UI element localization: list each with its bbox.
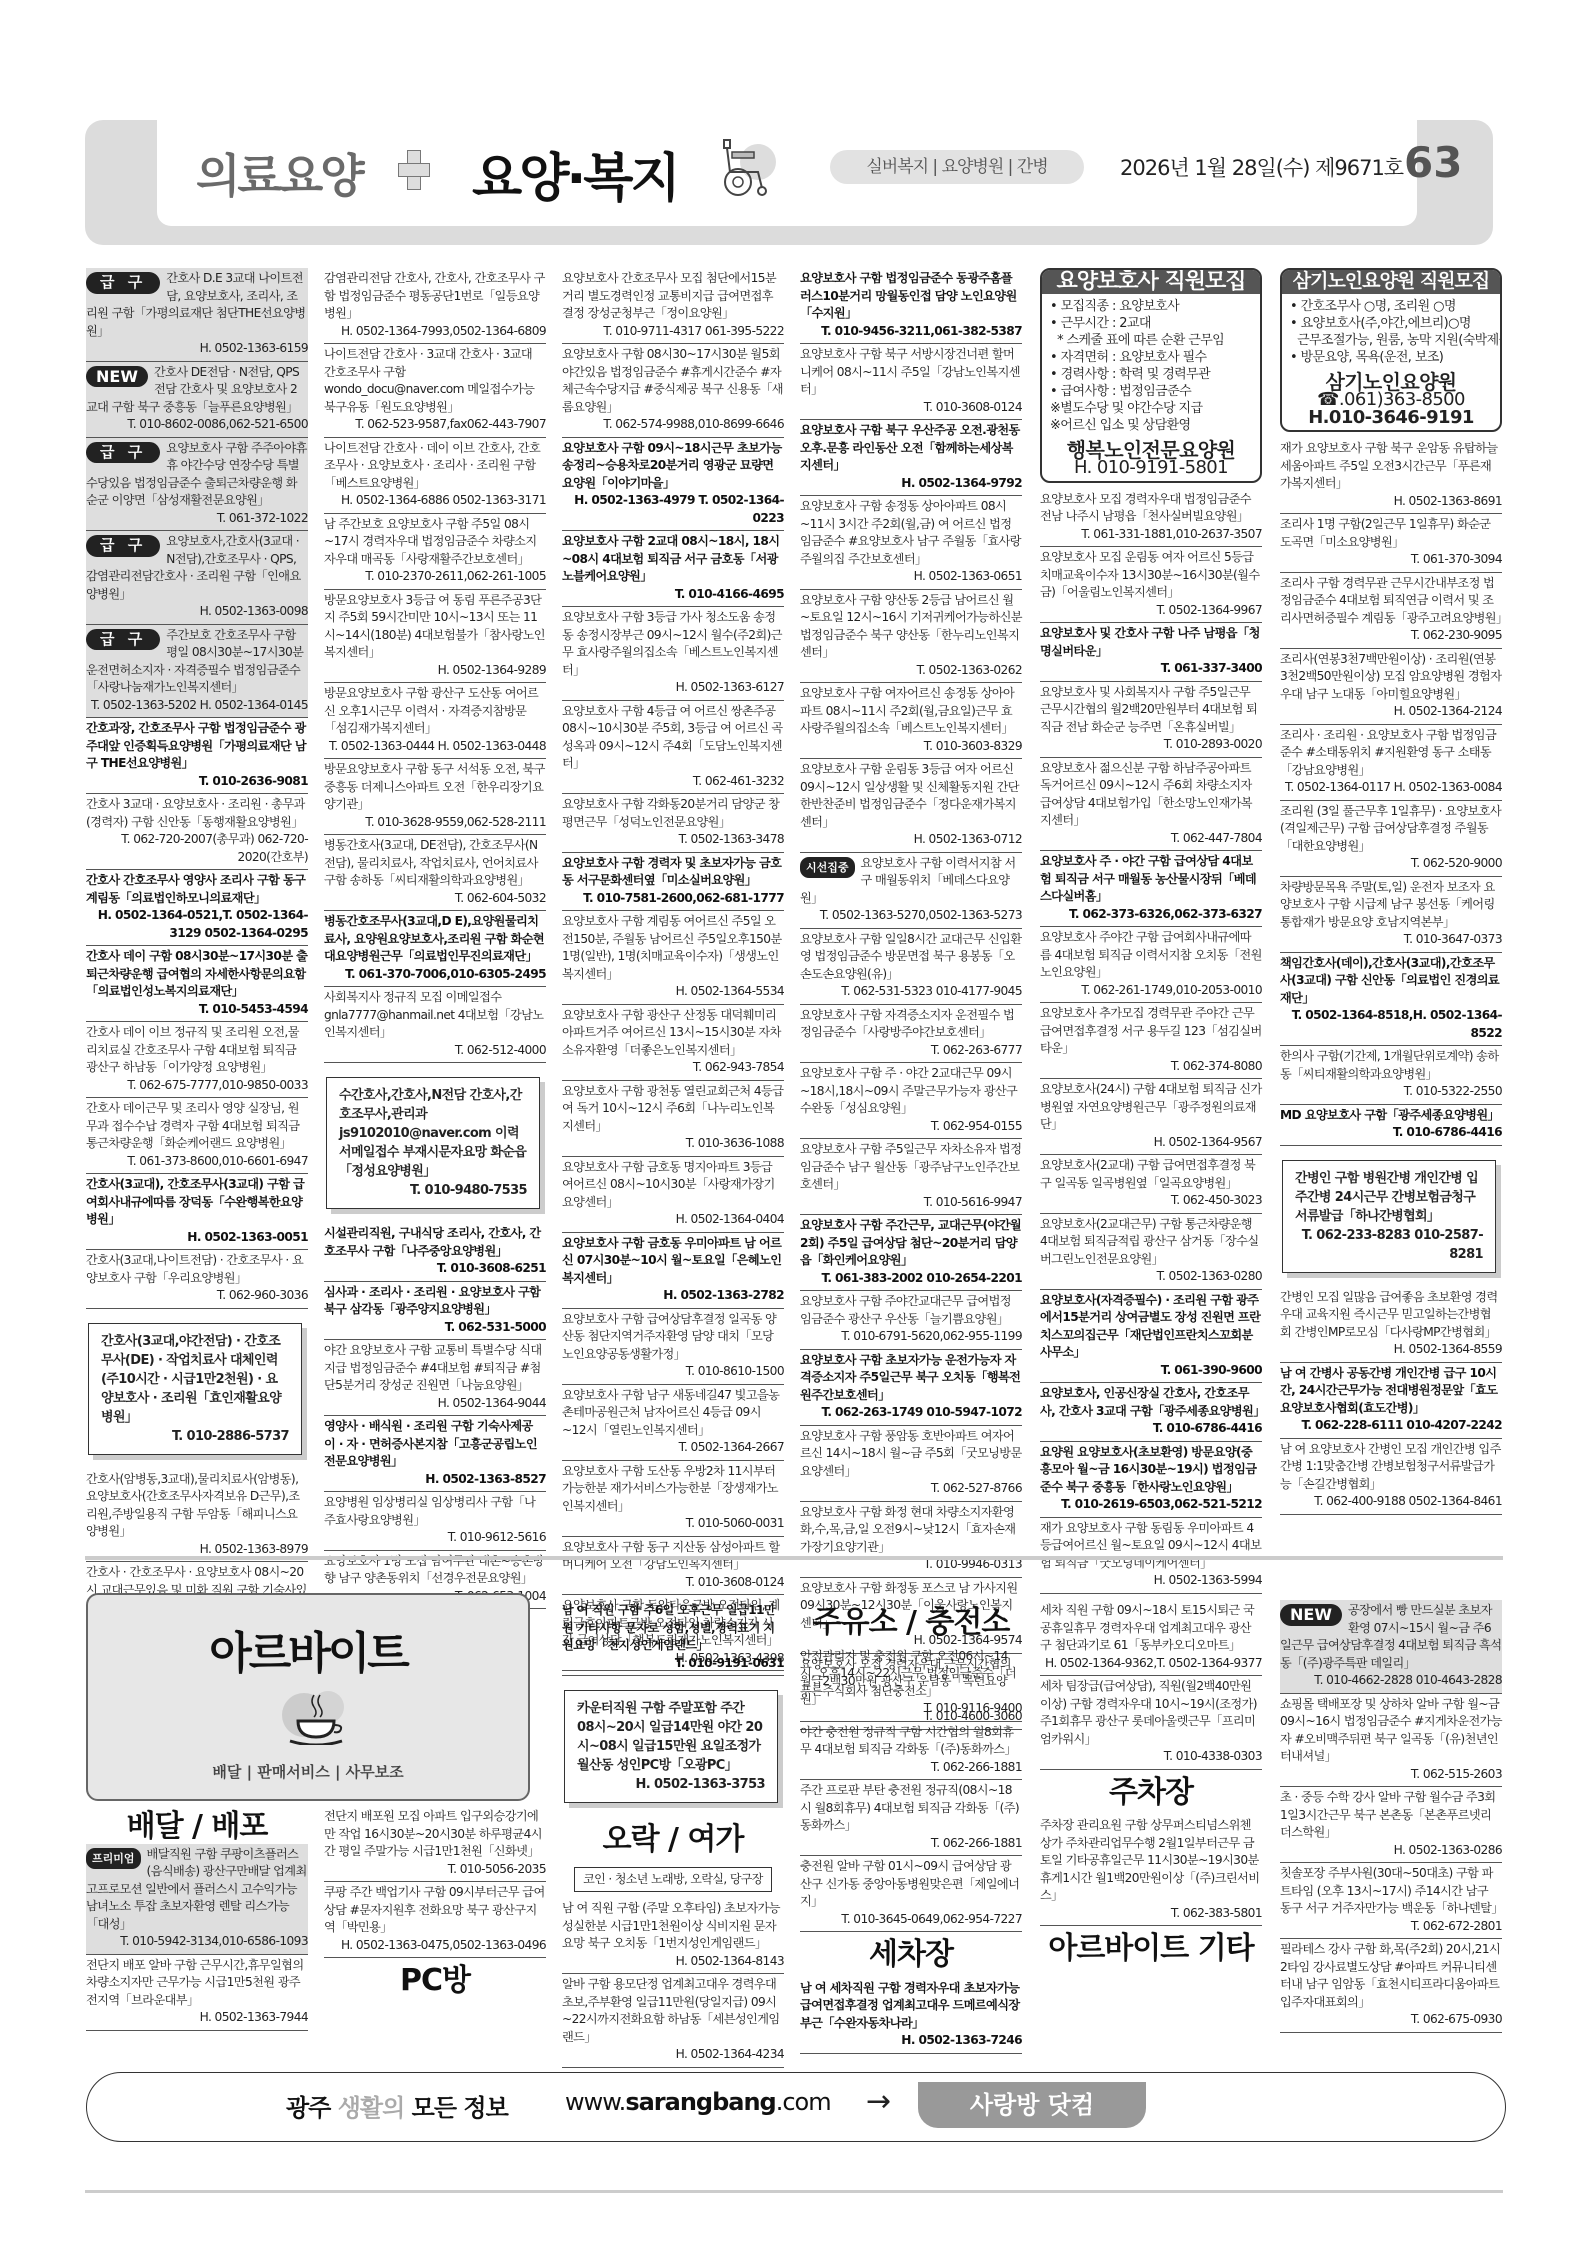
ad-phone: H. 0502-1364-8559 [1280, 1341, 1502, 1359]
ad-text: 간호사 데이 구함 08시30분~17시30분 출퇴근차량운행 급여협의 자세한… [86, 949, 307, 998]
ad-phone: H. 0502-1364-5534 [562, 983, 784, 1001]
classified-ad: 조리사 구함 경력무관 근무시간내부조정 법정임금준수 4대보험 퇴직연금 이력… [1280, 573, 1502, 649]
ad-text: MD 요양보호사 구함「광주세종요양병원」 [1280, 1108, 1499, 1122]
ad-text: 남 여 요양보호사 간병인 모집 개인간병 입주간병 1:1맞춤간병 간병보험청… [1280, 1442, 1501, 1491]
ad-phone: T. 062-450-3023 [1040, 1192, 1262, 1210]
ad-phone: H. 0502-1363-0051 [86, 1229, 308, 1247]
ad-phone: T. 062-374-8080 [1040, 1058, 1262, 1076]
classified-ad: 프리미엄배달직원 구함 쿠팡이츠플러스(음식배송) 광산구만배달 업계최고프로모… [86, 1844, 308, 1955]
ad-phone: T. 0502-1364-9967 [1040, 602, 1262, 620]
classified-ad: 요양보호사 구함 자격증소지자 운전필수 법정임금준수「사랑방주야간보호센터」T… [800, 1005, 1022, 1064]
classified-ad: 심사과 · 조리사 · 조리원 · 요양보호사 구함 북구 삼각동「광주양지요양… [324, 1282, 546, 1341]
classified-ad: 요양보호사 구함 화정 현대 차량소지자환영 화,수,목,금,일 오전9시~낮1… [800, 1502, 1022, 1578]
classified-ad: 차량방문목욕 주말(토,일) 운전자 보조자 요양보호사 구함 시급제 남구 봉… [1280, 877, 1502, 953]
ad-phone: H. 0502-1363-7246 [800, 2032, 1022, 2050]
ad-phone: T. 0502-1363-5270,0502-1363-5273 [800, 907, 1022, 925]
ad-phone: T. 062-400-9188 0502-1364-8461 [1280, 1493, 1502, 1511]
ad-phone: T. 010-5616-9947 [800, 1194, 1022, 1212]
ad-phone: T. 010-3608-6251 [324, 1260, 546, 1278]
ad-text: 차량방문목욕 주말(토,일) 운전자 보조자 요양보호사 구함 시급제 남구 봉… [1280, 880, 1495, 929]
classified-ad: 방문요양보호사 구함 광산구 도산동 여어르신 오후1시근무 이력서 · 자격증… [324, 683, 546, 759]
issue-date: 2026년 1월 28일(수) 제9671호 [1120, 152, 1403, 182]
ad-phone: H. 0502-1363-7944 [86, 2009, 308, 2027]
classified-ad: 요양보호사 주야간 구함 급여회사내규에따름 4대보험 퇴직금 이력서지참 오치… [1040, 927, 1262, 1003]
ad-phone: T. 062-527-8766 [800, 1480, 1022, 1498]
ad-phone: H. 0502-1363-0098 [86, 603, 308, 621]
ad-phone: T. 062-447-7804 [1040, 830, 1262, 848]
box-line: • 요양보호사(주,야간,에브리)○명 [1290, 315, 1492, 332]
section-gas-title: 주유소 / 충전소 [800, 1600, 1022, 1646]
ad-text: 간호사 데이 이브 정규직 및 조리원 오전,물리치료실 간호조무사 구함 4대… [86, 1025, 299, 1074]
ad-phone: H. 0502-1363-6127 [562, 679, 784, 697]
box-line: ※어르신 입소 및 상담환영 [1050, 417, 1252, 434]
medical-cross-icon [398, 150, 428, 188]
ad-phone: T. 010-2370-2611,062-261-1005 [324, 568, 546, 586]
ad-text: 세차 직원 구함 09시~18시 토15시퇴근 국공휴일휴무 경력자우대 업계최… [1040, 1603, 1254, 1652]
ad-badge: 급 구 [86, 535, 160, 557]
ad-text: 요양병원 임상병리실 임상병리사 구함「나주효사랑요양병원」 [324, 1495, 535, 1527]
ad-text: 간호사(3교대,야간전담) · 간호조무사(DE) · 작업치료사 대체인력(주… [101, 1334, 281, 1425]
ad-text: 전단지 배포원 모집 아파트 입구외승강기에만 작업 16시30분~20시30분… [324, 1809, 542, 1858]
classified-ad: 사회복지사 정규직 모집 이메일접수 gnla7777@hanmail.net … [324, 987, 546, 1063]
classified-ad: 책임간호사(데이),간호사(3교대),간호조무사(3교대) 구함 신안동「의료법… [1280, 953, 1502, 1047]
ad-text: 요양보호사 구함 3등급 가사 청소도움 송정동 송정시장부근 09시~12시 … [562, 610, 782, 677]
footer-url-link[interactable]: www.sarangbang.com [565, 2088, 831, 2116]
ad-text: 요양보호사 주 · 야간 구함 급여상담 4대보험 퇴직금 서구 매월동 농산물… [1040, 854, 1256, 903]
ad-phone: T. 062-672-2801 [1280, 1918, 1502, 1936]
ad-phone: H. 0502-1364-0521,T. 0502-1364-3129 0502… [86, 907, 308, 942]
ad-text: 요양보호사 구함 풍암동 호반아파트 여자어르신 14시~18시 월~금 주5회… [800, 1429, 1022, 1478]
classified-ad: 요양보호사 모집 경력자우대 법정임금준수 전남 나주시 남평읍「천사실버빌요양… [1040, 489, 1262, 548]
ad-text: 충전원 알바 구함 01시~09시 급여상담 광산구 신가동 중앙아동병원맞은편… [800, 1859, 1019, 1908]
classified-ad: 간병인 구함 병원간병 개인간병 입주간병 24시근무 간병보험금청구서류발급「… [1282, 1160, 1496, 1273]
classified-ad: 간호과장, 간호조무사 구함 법정임금준수 광주대앞 인증획득요양병원「가평의료… [86, 718, 308, 794]
ad-phone: H. 0502-1363-0475,0502-1363-0496 [324, 1937, 546, 1955]
classified-ad: 요양보호사 및 간호사 구함 나주 남평읍「청명실버타운」T. 061-337-… [1040, 623, 1262, 682]
classified-ad: 조리원 (3일 풀근무후 1일휴무) · 요양보호사(격일제근무) 구함 급여상… [1280, 801, 1502, 877]
ad-phone: T. 062-720-2007(총무과) 062-720-2020(간호부) [86, 831, 308, 866]
ad-phone: H. 0502-1363-8691 [1280, 493, 1502, 511]
ad-phone: T. 010-2636-9081 [86, 773, 308, 791]
classified-ad: 야간 충전원 정규직 구함 시간협의 월8회휴무 4대보험 퇴직금 각화동「(주… [800, 1722, 1022, 1781]
ad-phone: T. 062-461-3232 [562, 773, 784, 791]
ad-badge: 급 구 [86, 629, 160, 651]
ad-phone: H. 0502-1363-4979 T. 0502-1364-0223 [562, 492, 784, 527]
classified-ad: 주차장 관리요원 구함 상무퍼스티넘스위첸상가 주차관리업무수행 2월1일부터근… [1040, 1815, 1262, 1926]
ad-phone: T. 010-4662-2828 010-4643-2828 [1280, 1672, 1502, 1690]
box-line: • 방문요양, 목욕(운전, 보조) [1290, 349, 1492, 366]
ad-phone: T. 062-675-7777,010-9850-0033 [86, 1077, 308, 1095]
ad-badge: NEW [86, 366, 148, 388]
ad-phone: H. 0502-1364-4234 [562, 2046, 784, 2064]
section-delivery-title: 배달 / 배포 [86, 1806, 308, 1844]
ad-phone: T. 061-370-3094 [1280, 551, 1502, 569]
section-etc-title: 아르바이트 기타 [1040, 1926, 1262, 1972]
ad-phone: T. 062-574-9988,010-8699-6646 [562, 416, 784, 434]
ad-badge: 급 구 [86, 272, 160, 294]
box-phone: ☎.061)363-8500 [1282, 391, 1500, 409]
ad-phone: H. 0502-1363-2782 [562, 1287, 784, 1305]
classified-ad: 요양보호사 구함 각화동20분거리 담양군 창평면근무「성덕노인전문요양원」T.… [562, 794, 784, 853]
ad-phone: T. 062-266-1881 [800, 1759, 1022, 1777]
ad-text: 요양보호사 구함 09시~18시근무 초보가능 송정리~승용차로20분거리 영광… [562, 441, 782, 490]
ad-text: 방문요양보호사 구함 광산구 도산동 여어르신 오후1시근무 이력서 · 자격증… [324, 686, 538, 735]
classified-column-3: 요양보호사 간호조무사 모집 첨단에서15분거리 별도경력인정 교통비지급 급여… [562, 268, 784, 1671]
ad-phone: T. 061-383-2002 010-2654-2201 [800, 1270, 1022, 1288]
classified-ad: 요양병원 임상병리실 임상병리사 구함「나주효사랑요양병원」T. 010-961… [324, 1492, 546, 1551]
ad-phone: T. 010-6786-4416 [1040, 1420, 1262, 1438]
ad-text: 요양보호사 구함 주간근무, 교대근무(야간월2회) 주5일 급여상담 첨단~2… [800, 1218, 1021, 1267]
ad-text: 요양보호사 구함 주5일근무 자차소유자 법정임금준수 남구 월산동「광주남구노… [800, 1142, 1021, 1191]
ad-text: 간호사 데이근무 및 조리사 영양 실장님, 원무과 접수수납 경력자 구함 4… [86, 1101, 299, 1150]
classified-ad: 요양보호사 구함 주간근무, 교대근무(야간월2회) 주5일 급여상담 첨단~2… [800, 1215, 1022, 1291]
classified-ad: 요양보호사 구함 풍암동 호반아파트 여자어르신 14시~18시 월~금 주5회… [800, 1426, 1022, 1502]
classified-ad: 주간 프로판 부탄 충전원 정규직(08시~18시 월8회휴무) 4대보험 퇴직… [800, 1780, 1022, 1856]
ad-text: 병동간호조무사(3교대,D E),요양원물리치료사, 요양원요양보호사,조리원 … [324, 914, 544, 963]
classified-ad: 영양사 · 배식원 · 조리원 구함 기숙사제공 이 · 자 · 면허증사본지참… [324, 1416, 546, 1492]
classified-ad: 시선집중요양보호사 구함 이력서지참 서구 매월동위치「베데스다요양원」T. 0… [800, 853, 1022, 929]
ad-text: 재가 요양보호사 구함 동림동 우미아파트 4등급여어르신 월~토요일 09시~… [1040, 1521, 1261, 1570]
ad-text: 수간호사,간호사,N전담 간호사,간호조무사,관리과 js9102010@nav… [339, 1088, 526, 1179]
footer-slogan: 광주 생활의 모든 정보 [286, 2088, 508, 2123]
ad-phone: T. 062-228-6111 010-4207-2242 [1280, 1417, 1502, 1435]
ad-text: 카운터직원 구함 주말포함 주간 08시~20시 일급14만원 야간 20시~0… [577, 1701, 762, 1773]
classified-ad: 요양보호사 모집 운림동 여자 어르신 5등급 치매교육이수자 13시30분~1… [1040, 547, 1262, 623]
ad-phone: T. 062-373-6326,062-373-6327 [1040, 906, 1262, 924]
classified-ad: 요양보호사(24시) 구함 4대보험 퇴직금 신가병원옆 자연요양병원근무「광주… [1040, 1079, 1262, 1155]
arbeit-column-2: 전단지 배포원 모집 아파트 입구외승강기에만 작업 16시30분~20시30분… [324, 1806, 546, 2004]
ad-phone: T. 062-960-3036 [86, 1287, 308, 1305]
ad-badge: NEW [1280, 1604, 1342, 1626]
ad-text: 간호사(암병동,3교대),물리치료사(암병동),요양보호사(간호조무사자격보유 … [86, 1472, 300, 1539]
classified-ad: 요양보호사 구함 09시~18시근무 초보가능 송정리~승용차로20분거리 영광… [562, 438, 784, 532]
section-divider [85, 1556, 1503, 1560]
ad-text: 요양보호사 추가모집 경력무관 주야간 근무 급여면접후결정 서구 용두길 12… [1040, 1006, 1262, 1055]
arbeit-column-5: 세차 직원 구함 09시~18시 토15시퇴근 국공휴일휴무 경력자우대 업계최… [1040, 1600, 1262, 1972]
classified-ad: 요양보호사 구함 주 · 야간 2교대근무 09시~18시,18시~09시 주말… [800, 1063, 1022, 1139]
ad-text: 필라테스 강사 구함 화,목(주2회) 20시,21시 2타임 강사료별도상담 … [1280, 1942, 1500, 2009]
classified-ad: 수간호사,간호사,N전담 간호사,간호조무사,관리과 js9102010@nav… [326, 1077, 540, 1209]
classified-ad: 요양보호사 구함 주5일근무 자차소유자 법정임금준수 남구 월산동「광주남구노… [800, 1139, 1022, 1215]
ad-text: 병동간호사(3교대, DE전담), 간호조무사(N전담), 물리치료사, 작업치… [324, 838, 538, 887]
ad-text: 남 주간보호 요양보호사 구함 주5일 08시~17시 경력자우대 법정임금준수… [324, 517, 537, 566]
classified-ad: 요양보호사 구함 금호동 우미아파트 남 어르신 07시30분~10시 월~토요… [562, 1233, 784, 1309]
classified-ad: 안전관리자 및 충전원 구함 오전06시~14시, 오후14시~22시근무 법정… [800, 1646, 1022, 1722]
classified-ad: 요양보호사(자격증필수) · 조리원 구함 광주에서15분거리 상여금별도 장성… [1040, 1290, 1262, 1384]
ad-phone: T. 062-531-5323 010-4177-9045 [800, 983, 1022, 1001]
ad-phone: T. 062-233-8283 010-2587-8281 [1295, 1226, 1483, 1264]
ad-phone: T. 010-9480-7535 [339, 1181, 527, 1200]
box-title: 삼기노인요양원 직원모집 [1282, 270, 1500, 294]
bottom-rule [85, 2190, 1503, 2193]
slogan-part: 광주 [286, 2094, 330, 2122]
ad-phone: T. 010-4338-0303 [1040, 1748, 1262, 1766]
arbeit-column-1: 배달 / 배포 프리미엄배달직원 구함 쿠팡이츠플러스(음식배송) 광산구만배달… [86, 1806, 308, 2031]
ad-phone: T. 062-954-0155 [800, 1118, 1022, 1136]
ad-phone: T. 0502-1363-5202 H. 0502-1364-0145 [86, 697, 308, 715]
ad-phone: T. 010-9612-5616 [324, 1529, 546, 1547]
ad-phone: H. 0502-1364-9289 [324, 662, 546, 680]
ad-phone: H. 0502-1364-9044 [324, 1395, 546, 1413]
ad-phone: T. 061-390-9600 [1040, 1362, 1262, 1380]
box-body: • 간호조무사 ○명, 조리원 ○명• 요양보호사(주,야간,에브리)○명 근무… [1282, 294, 1500, 370]
classified-ad: 요양보호사 구함 광산구 산정동 대덕훼미리아파트거주 여어르신 13시~15시… [562, 1005, 784, 1081]
section-carwash-title: 세차장 [800, 1932, 1022, 1978]
ad-text: 안전관리자 및 충전원 구함 오전06시~14시, 오후14시~22시근무 법정… [800, 1649, 1016, 1698]
arbeit-column-4: 주유소 / 충전소 안전관리자 및 충전원 구함 오전06시~14시, 오후14… [800, 1600, 1022, 2054]
ad-text: 요양보호사(2교대근무) 구함 통근차량운행 4대보험 퇴직금적립 광산구 삼거… [1040, 1217, 1259, 1266]
classified-ad: 요양보호사 구함 광천동 열린교회근처 4등급 여 독거 10시~12시 주6회… [562, 1081, 784, 1157]
classified-ad: 한의사 구함(기간제, 1개월단위로계약) 송하동「씨티재활의학과요양병원」T.… [1280, 1046, 1502, 1105]
classified-ad: 세차 팀장급(급여상담), 직원(월2백40만원이상) 구함 경력자우대 10시… [1040, 1676, 1262, 1770]
classified-ad: 요양보호사 구함 주야간교대근무 급여법정임금준수 광산구 우산동「늘기쁨요양원… [800, 1291, 1022, 1350]
arbeit-column-3: 남 여 직원 구함 주6일 오후근무 일급11만원 기타사항 문자로 성함,성별… [562, 1600, 784, 2068]
featured-recruit-box-haengbok: 요양보호사 직원모집 • 모집직종 : 요양보호사• 근무시간 : 2교대 * … [1040, 268, 1262, 483]
box-line: • 모집직종 : 요양보호사 [1050, 298, 1252, 315]
ad-phone: T. 061-331-1881,010-2637-3507 [1040, 526, 1262, 544]
ad-text: 남 여 간병사 공동간병 개인간병 급구 10시간, 24시간근무가능 전대병원… [1280, 1366, 1497, 1415]
box-line: * 스케줄 표에 따른 순환 근무임 [1050, 332, 1252, 349]
ad-phone: T. 062-230-9095 [1280, 627, 1502, 645]
classified-ad: 간호사 간호조무사 영양사 조리사 구함 동구 계림동「의료법인하모니의료재단」… [86, 870, 308, 946]
ad-phone: T. 010-9191-0631 [562, 1655, 784, 1673]
ad-text: 조리사(연봉3천7백만원이상) · 조리원(연봉3천2백50만원이상) 모집 암… [1280, 652, 1501, 701]
ad-phone: T. 062-515-2603 [1280, 1766, 1502, 1784]
classified-ad: 병동간호조무사(3교대,D E),요양원물리치료사, 요양원요양보호사,조리원 … [324, 911, 546, 987]
ad-phone: T. 010-2619-6503,062-521-5212 [1040, 1496, 1262, 1514]
classified-ad: 감염관리전담 간호사, 간호사, 간호조무사 구함 법정임금준수 평동공단1번로… [324, 268, 546, 344]
ad-phone: H. 0502-1363-0712 [800, 831, 1022, 849]
ad-text: 간호사 3교대 · 요양보호사 · 조리원 · 총무과(경력자) 구함 신안동「… [86, 797, 305, 829]
classified-ad: 방문요양보호사 구함 동구 서석동 오전, 북구 중흥동 더제니스아파트 오전「… [324, 759, 546, 835]
section-title-care: 요양·복지 [472, 136, 678, 211]
arrow-right-icon: → [866, 2084, 891, 2119]
classified-ad: 방문요양보호사 3등급 여 동림 푸른주공3단지 주5회 59시간미만 10시~… [324, 590, 546, 684]
classified-ad: 재가 요양보호사 구함 북구 운암동 유탑하늘세움아파트 주5일 오전3시간근무… [1280, 438, 1502, 514]
ad-text: 요양보호사 구함 법정임금준수 동광주홈플러스10분거리 망월동인접 담양 노인… [800, 271, 1017, 320]
ad-text: 쿠팡 주간 백업기사 구함 09시부터근무 급여상담 #문자지원후 전화요망 북… [324, 1885, 545, 1934]
ad-text: 요양보호사 구함 2교대 08시~18시, 18시~08시 4대보험 퇴직금 서… [562, 534, 779, 583]
classified-ad: 남 여 간병사 공동간병 개인간병 급구 10시간, 24시간근무가능 전대병원… [1280, 1363, 1502, 1439]
ad-text: 책임간호사(데이),간호사(3교대),간호조무사(3교대) 구함 신안동「의료법… [1280, 956, 1499, 1005]
classified-ad: 요양보호사, 인공신장실 간호사, 간호조무사, 간호사 3교대 구함「광주세종… [1040, 1383, 1262, 1442]
ad-phone: T. 062-604-5032 [324, 890, 546, 908]
ad-phone: T. 010-3647-0373 [1280, 931, 1502, 949]
classified-ad: 요양보호사 젊으신분 구함 하남주공아파트 독거어르신 09시~12시 주6회 … [1040, 758, 1262, 852]
classified-ad: 요양보호사 및 사회복지사 구함 주5일근무 근무시간협의 월2백20만원부터 … [1040, 682, 1262, 758]
classified-ad: 요양보호사 구함 운림동 3등급 여자 어르신 09시~12시 일상생활 및 신… [800, 759, 1022, 853]
ad-text: 요양보호사 구함 주야간교대근무 급여법정임금준수 광산구 우산동「늘기쁨요양원… [800, 1294, 1011, 1326]
classified-ad: 병동간호사(3교대, DE전담), 간호조무사(N전담), 물리치료사, 작업치… [324, 835, 546, 911]
ad-badge: 급 구 [86, 442, 160, 464]
classified-ad: 요양보호사 구함 도산동 우방2차 11시부터가능한분 재가서비스가능한분「장생… [562, 1461, 784, 1537]
ad-phone: T. 061-372-1022 [86, 510, 308, 528]
classified-ad: 요양보호사 구함 양산동 2등급 남어르신 월~토요일 12시~16시 기저귀케… [800, 590, 1022, 684]
ad-phone: T. 010-7581-2600,062-681-1777 [562, 890, 784, 908]
ad-text: 간호사(3교대), 간호조무사(3교대) 구함 급여회사내규에따름 장덕동「수완… [86, 1177, 304, 1226]
classified-ad: 요양보호사 구함 여자어르신 송정동 상아아파트 08시~11시 주2회(월,금… [800, 683, 1022, 759]
ad-phone: T. 010-3603-8329 [800, 738, 1022, 756]
ad-text: 조리원 (3일 풀근무후 1일휴무) · 요양보호사(격일제근무) 구함 급여상… [1280, 804, 1501, 853]
leisure-subtitle: 코인 · 청소년 노래방, 오락실, 당구장 [574, 1867, 772, 1893]
ad-phone: T. 010-9116-9400 [800, 1700, 1022, 1718]
classified-ad: 남 여 직원 구함 주6일 오후근무 일급11만원 기타사항 문자로 성함,성별… [562, 1600, 784, 1676]
ad-text: 요양보호사 및 간호사 구함 나주 남평읍「청명실버타운」 [1040, 626, 1260, 658]
classified-ad: 요양보호사 구함 경력자 및 초보자가능 금호동 서구문화센터옆「미소실버요양원… [562, 853, 784, 912]
box-body: • 모집직종 : 요양보호사• 근무시간 : 2교대 * 스케줄 표에 따른 순… [1042, 294, 1260, 438]
ad-phone: T. 062-943-7854 [562, 1059, 784, 1077]
ad-text: 시설관리직원, 구내식당 조리사, 간호사, 간호조무사 구함「나주중앙요양병원… [324, 1226, 541, 1258]
ad-text: 요양보호사 및 사회복지사 구함 주5일근무 근무시간협의 월2백20만원부터 … [1040, 685, 1257, 734]
ad-text: 요양보호사 구함 북구 우산주공 오전.광천동 오후.문흥 라인동산 오전「함께… [800, 423, 1020, 472]
ad-text: 재가 요양보호사 구함 북구 운암동 유탑하늘세움아파트 주5일 오전3시간근무… [1280, 441, 1498, 490]
ad-phone: T. 010-2886-5737 [101, 1427, 289, 1446]
ad-text: 조리사 · 조리원 · 요양보호사 구함 법정임금준수 #소태동위치 #지원환영… [1280, 728, 1496, 777]
ad-phone: T. 010-3645-0649,062-954-7227 [800, 1911, 1022, 1929]
classified-ad: 간호사 데이 구함 08시30분~17시30분 출퇴근차량운행 급여협의 자세한… [86, 946, 308, 1022]
ad-text: 심사과 · 조리사 · 조리원 · 요양보호사 구함 북구 삼각동「광주양지요양… [324, 1285, 540, 1317]
classified-ad: 요양보호사 간호조무사 모집 첨단에서15분거리 별도경력인정 교통비지급 급여… [562, 268, 784, 344]
ad-text: 조리사 구함 경력무관 근무시간내부조정 법정임금준수 4대보험 퇴직연금 이력… [1280, 576, 1508, 625]
arbeit-title: 아르바이트 [88, 1617, 528, 1681]
slogan-part: 모든 정보 [412, 2094, 508, 2122]
ad-text: 요양보호사 구함 각화동20분거리 담양군 창평면근무「성덕노인전문요양원」 [562, 797, 779, 829]
ad-text: 전단지 배포 알바 구함 근무시간,휴무일협의 차량소지자만 근무가능 시급1만… [86, 1958, 304, 2007]
ad-phone: H. 0502-1363-3753 [577, 1775, 765, 1794]
ad-text: 요양보호사 구함 북구 서방시장건너편 할머니케어 08시~11시 주5일「강남… [800, 347, 1020, 396]
ad-phone: T. 010-9456-3211,061-382-5387 [800, 323, 1022, 341]
classified-ad: 요양보호사 구함 북구 서방시장건너편 할머니케어 08시~11시 주5일「강남… [800, 344, 1022, 420]
classified-ad: MD 요양보호사 구함「광주세종요양병원」T. 010-6786-4416 [1280, 1105, 1502, 1146]
page-number: 63 [1404, 138, 1462, 187]
featured-recruit-box-samgi: 삼기노인요양원 직원모집 • 간호조무사 ○명, 조리원 ○명• 요양보호사(주… [1280, 268, 1502, 432]
ad-phone: T. 0502-1363-0444 H. 0502-1363-0448 [324, 738, 546, 756]
ad-phone: H. 0502-1364-2124 [1280, 703, 1502, 721]
section-pc-title: PC방 [324, 1958, 546, 2004]
classified-ad: 요양보호사 구함 2교대 08시~18시, 18시~08시 4대보험 퇴직금 서… [562, 531, 784, 607]
ad-badge: 시선집중 [800, 857, 855, 879]
box-line: • 근무시간 : 2교대 [1050, 315, 1252, 332]
ad-phone: T. 0502-1364-0117 H. 0502-1363-0084 [1280, 779, 1502, 797]
ad-phone: T. 062-263-1749 010-5947-1072 [800, 1404, 1022, 1422]
box-line: • 간호조무사 ○명, 조리원 ○명 [1290, 298, 1492, 315]
ad-text: 나이트전담 간호사 · 데이 이브 간호사, 간호조무사 · 요양보호사 · 조… [324, 441, 540, 490]
classified-ad: 알바 구함 용모단정 업계최고대우 경력우대 초보,주부환영 일급11만원(당일… [562, 1974, 784, 2068]
ad-text: 간호과장, 간호조무사 구함 법정임금준수 광주대앞 인증획득요양병원「가평의료… [86, 721, 306, 770]
classified-ad: 요양보호사 구함 초보자가능 운전가능자 자격증소지자 주5일근무 북구 오치동… [800, 1350, 1022, 1426]
ad-text: 요양보호사 구함 광산구 산정동 대덕훼미리아파트거주 여어르신 13시~15시… [562, 1008, 781, 1057]
ad-phone: T. 0502-1363-0262 [800, 662, 1022, 680]
classified-ad: 야간 요양보호사 구함 교통비 특별수당 식대지급 법정임금준수 #4대보험 #… [324, 1340, 546, 1416]
ad-text: 요양보호사 구함 초보자가능 운전가능자 자격증소지자 주5일근무 북구 오치동… [800, 1353, 1020, 1402]
ad-text: 요양보호사 구함 자격증소지자 운전필수 법정임금준수「사랑방주야간보호센터」 [800, 1008, 1014, 1040]
box-line: • 급여사항 : 법정임금준수 [1050, 383, 1252, 400]
ad-text: 요양보호사 구함 양산동 2등급 남어르신 월~토요일 12시~16시 기저귀케… [800, 593, 1022, 660]
ad-text: 간호사(3교대,나이트전담) · 간호조무사 · 요양보호사 구함「우리요양병원… [86, 1253, 303, 1285]
classified-ad: 전단지 배포 알바 구함 근무시간,휴무일협의 차량소지자만 근무가능 시급1만… [86, 1955, 308, 2031]
ad-text: 방문요양보호사 구함 동구 서석동 오전, 북구 중흥동 더제니스아파트 오전「… [324, 762, 545, 811]
classified-ad: 요양보호사 구함 일일8시간 교대근무 신입환영 법정임금준수 방문면접 북구 … [800, 929, 1022, 1005]
ad-text: 나이트전담 간호사 · 3교대 간호사 · 3교대 간호조무사 구함 wondo… [324, 347, 534, 414]
ad-phone: T. 010-4166-4695 [562, 586, 784, 604]
classified-ad: 나이트전담 간호사 · 데이 이브 간호사, 간호조무사 · 요양보호사 · 조… [324, 438, 546, 514]
classified-ad: 요양보호사 구함 송정동 상아아파트 08시~11시 3시간 주2회(월,금) … [800, 496, 1022, 590]
ad-phone: T. 010-8610-1500 [562, 1363, 784, 1381]
classified-ad: 나이트전담 간호사 · 3교대 간호사 · 3교대 간호조무사 구함 wondo… [324, 344, 546, 438]
classified-ad: 남 여 직원 구함 (주말 오후타임) 초보자가능 성실한분 시급1만1천원이상… [562, 1898, 784, 1974]
ad-phone: H. 0502-1364-0404 [562, 1211, 784, 1229]
classified-ad: 급 구간호사 D.E 3교대 나이트전담, 요양보호사, 조리사, 조리원 구함… [86, 268, 308, 362]
ad-phone: T. 062-512-4000 [324, 1042, 546, 1060]
ad-text: 한의사 구함(기간제, 1개월단위로계약) 송하동「씨티재활의학과요양병원」 [1280, 1049, 1499, 1081]
ad-phone: T. 0502-1364-8518,H. 0502-1364-8522 [1280, 1007, 1502, 1042]
classified-column-6: 삼기노인요양원 직원모집 • 간호조무사 ○명, 조리원 ○명• 요양보호사(주… [1280, 268, 1502, 1515]
box-title: 요양보호사 직원모집 [1042, 270, 1260, 294]
ad-text: 간호사 간호조무사 영양사 조리사 구함 동구 계림동「의료법인하모니의료재단」 [86, 873, 305, 905]
ad-text: 요양보호사 구함 4등급 여 어르신 쌍촌주공 08시~10시30분 주5회, … [562, 704, 783, 771]
ad-phone: T. 062-523-9587,fax062-443-7907 [324, 416, 546, 434]
classified-ad: NEW공장에서 빵 만드실분 초보자환영 07시~15시 월~금 주6일근무 급… [1280, 1600, 1502, 1694]
ad-phone: T. 010-5942-3134,010-6586-1093 [86, 1933, 308, 1951]
ad-text: 요양보호사 구함 도산동 우방2차 11시부터가능한분 재가서비스가능한분「장생… [562, 1464, 778, 1513]
ad-text: 요양보호사 주야간 구함 급여회사내규에따름 4대보험 퇴직금 이력서지참 오치… [1040, 930, 1262, 979]
ad-text: 요양보호사 구함 금호동 우미아파트 남 어르신 07시30분~10시 월~토요… [562, 1236, 781, 1285]
ad-text: 요양보호사 간호조무사 모집 첨단에서15분거리 별도경력인정 교통비지급 급여… [562, 271, 776, 320]
section-parking-title: 주차장 [1040, 1770, 1262, 1816]
ad-text: 요양보호사 구함 여자어르신 송정동 상아아파트 08시~11시 주2회(월,금… [800, 686, 1014, 735]
arbeit-subtitle: 배달 | 판매서비스 | 사무보조 [88, 1761, 528, 1782]
ad-phone: T. 010-5060-0031 [562, 1515, 784, 1533]
classified-ad: 간호사 데이근무 및 조리사 영양 실장님, 원무과 접수수납 경력자 구함 4… [86, 1098, 308, 1174]
ad-phone: H. 0502-1364-9792 [800, 475, 1022, 493]
ad-phone: T. 010-2893-0020 [1040, 736, 1262, 754]
classified-ad: 간호사(암병동,3교대),물리치료사(암병동),요양보호사(간호조무사자격보유 … [86, 1469, 308, 1563]
box-phone-2: H.010-3646-9191 [1282, 409, 1500, 427]
classified-ad: 요양보호사 구함 동구 지산동 삼성아파트 할머니케어 오전「강남노인복지센터」… [562, 1537, 784, 1596]
ad-text: 요양보호사 젊으신분 구함 하남주공아파트 독거어르신 09시~12시 주6회 … [1040, 761, 1252, 828]
ad-phone: T. 010-5322-2550 [1280, 1083, 1502, 1101]
ad-text: 남 여 직원 구함 주6일 오후근무 일급11만원 기타사항 문자로 성함,성별… [562, 1603, 775, 1652]
classified-ad: 세차 직원 구함 09시~18시 토15시퇴근 국공휴일휴무 경력자우대 업계최… [1040, 1600, 1262, 1676]
ad-text: 요양원 요양보호사(초보환영) 방문요양(중흥모아 월~금 16시30분~19시… [1040, 1445, 1256, 1494]
ad-text: 야간 충전원 정규직 구함 시간협의 월8회휴무 4대보험 퇴직금 각화동「(주… [800, 1725, 1016, 1757]
ad-text: 요양보호사 모집 운림동 여자 어르신 5등급 치매교육이수자 13시30분~1… [1040, 550, 1260, 599]
ad-text: 요양보호사(2교대) 구함 급여면접후결정 북구 일곡동 일곡병원옆「일곡요양병… [1040, 1158, 1255, 1190]
classified-ad: 간호사 3교대 · 요양보호사 · 조리원 · 총무과(경력자) 구함 신안동「… [86, 794, 308, 870]
url-prefix: www. [565, 2088, 625, 2116]
url-suffix: .com [776, 2088, 831, 2116]
category-pill: 실버복지 | 요양병원 | 간병 [830, 150, 1084, 184]
ad-text: 요양보호사, 인공신장실 간호사, 간호조무사, 간호사 3교대 구함「광주세종… [1040, 1386, 1265, 1418]
classified-ad: 카운터직원 구함 주말포함 주간 08시~20시 일급14만원 야간 20시~0… [564, 1690, 778, 1803]
classified-ad: 요양보호사 구함 남구 새동네길47 빛고을농촌테마공원근처 남자어르신 4등급… [562, 1385, 784, 1461]
slogan-part: 생활의 [338, 2094, 405, 2122]
ad-text: 사회복지사 정규직 모집 이메일접수 gnla7777@hanmail.net … [324, 990, 543, 1039]
ad-phone: T. 062-520-9000 [1280, 855, 1502, 873]
classified-ad: 요양보호사 구함 법정임금준수 동광주홈플러스10분거리 망월동인접 담양 노인… [800, 268, 1022, 344]
ad-text: 요양보호사 모집 경력자우대 법정임금준수 전남 나주시 남평읍「천사실버빌요양… [1040, 492, 1251, 524]
ad-phone: T. 062-263-6777 [800, 1042, 1022, 1060]
ad-text: 요양보호사 구함 일일8시간 교대근무 신입환영 법정임금준수 방문면접 북구 … [800, 932, 1021, 981]
classified-ad: 급 구주간보호 간호조무사 구함 평일 08시30분~17시30분 운전면허소지… [86, 625, 308, 719]
ad-text: 요양보호사 구함 운림동 3등급 여자 어르신 09시~12시 일상생활 및 신… [800, 762, 1019, 829]
ad-text: 알바 구함 용모단정 업계최고대우 경력우대 초보,주부환영 일급11만원(당일… [562, 1977, 780, 2044]
ad-phone: T. 062-383-5801 [1040, 1905, 1262, 1923]
classified-ad: 시설관리직원, 구내식당 조리사, 간호사, 간호조무사 구함「나주중앙요양병원… [324, 1223, 546, 1282]
sarangbang-logo: 사랑방 닷컴 [918, 2082, 1146, 2128]
ad-text: 요양보호사 구함 광천동 열린교회근처 4등급 여 독거 10시~12시 주6회… [562, 1084, 783, 1133]
ad-text: 남 여 직원 구함 (주말 오후타임) 초보자가능 성실한분 시급1만1천원이상… [562, 1901, 780, 1950]
